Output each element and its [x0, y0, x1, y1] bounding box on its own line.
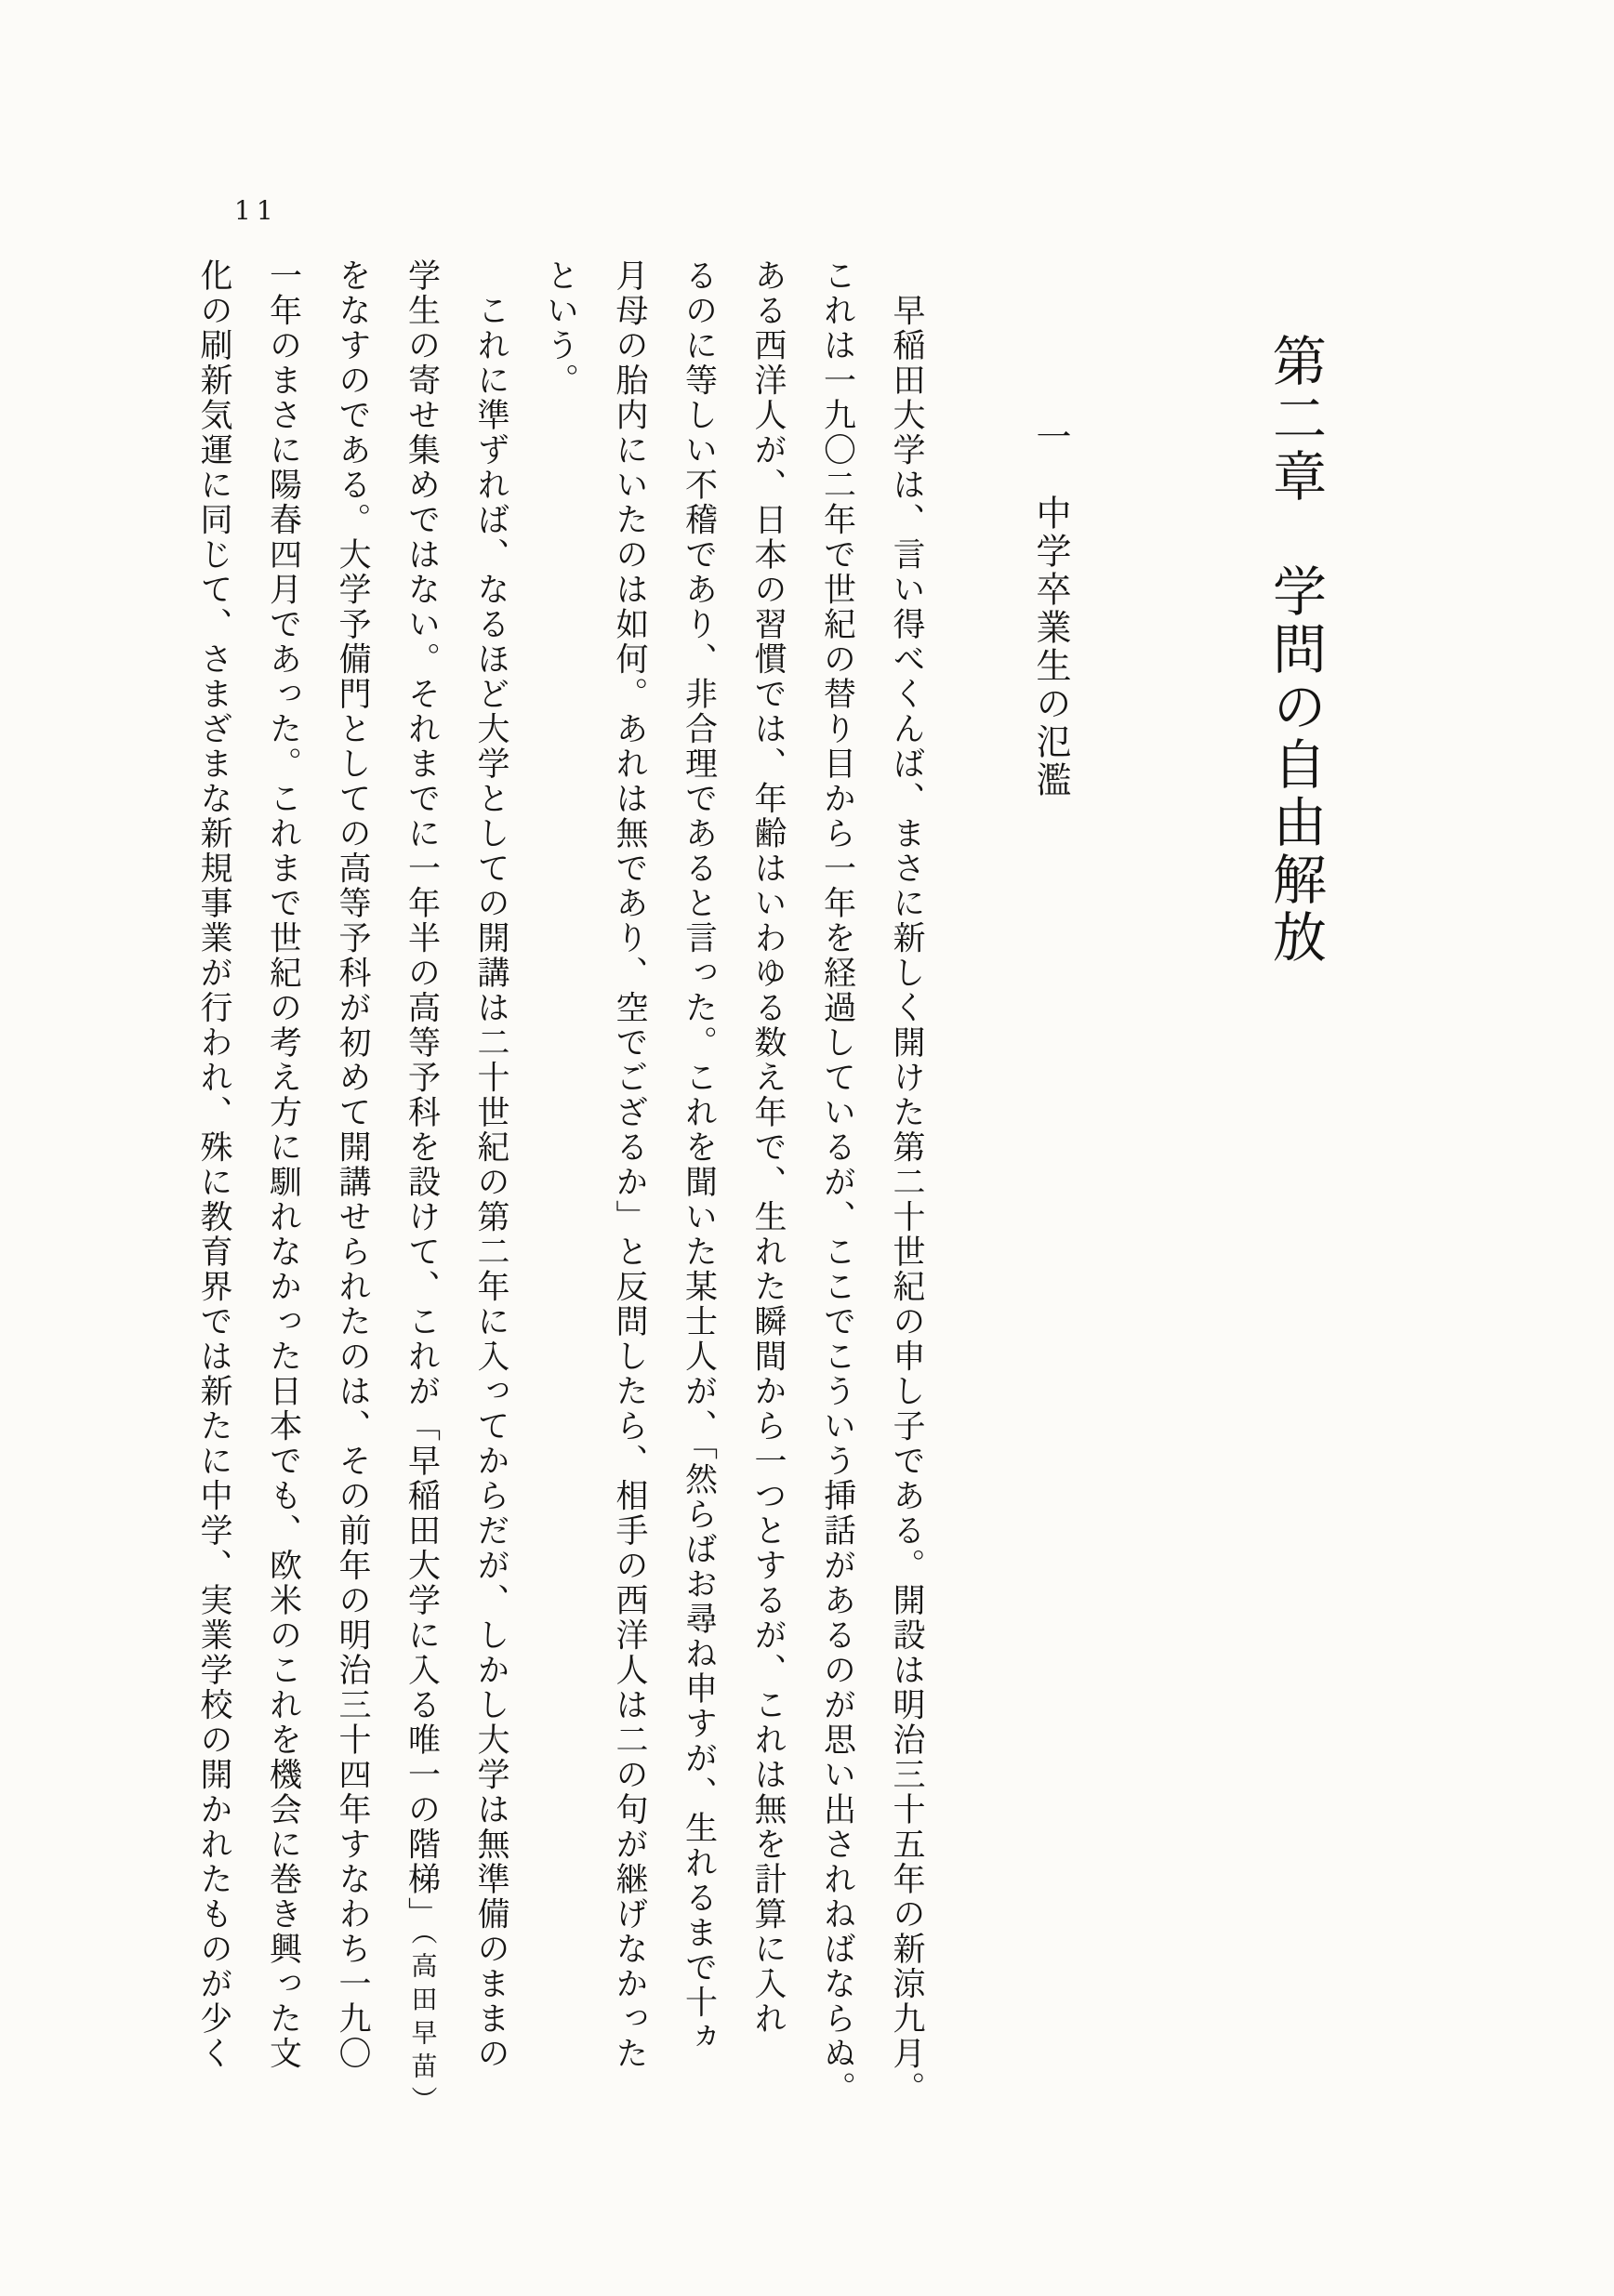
text-column: 学生の寄せ集めではない。それまでに一年半の高等予科を設けて、これが「早稲田大学に… [387, 258, 456, 2119]
column-text: 化の刷新気運に同じて、さまざまな新規事業が行われ、殊に教育界では新たに中学、実業… [196, 258, 232, 2071]
section-heading: 一 中学卒業生の氾濫 [1025, 418, 1076, 799]
author-annotation: （高田早苗） [408, 1932, 437, 2119]
body-text: 早稲田大学は、言い得べくんば、まさに新しく開けた第二十世紀の申し子である。開設は… [179, 258, 942, 2119]
text-column: をなすのである。大学予備門としての高等予科が初めて開講せられたのは、その前年の明… [318, 258, 388, 2119]
text-column: 月母の胎内にいたのは如何。あれは無であり、空でござるか」と反問したら、相手の西洋… [595, 258, 665, 2119]
chapter-title: 第二章 学問の自由解放 [1255, 333, 1333, 967]
column-text: という。 [543, 258, 579, 398]
book-page: 11 第二章 学問の自由解放 一 中学卒業生の氾濫 早稲田大学は、言い得べくんば… [0, 0, 1614, 2296]
column-text: 学生の寄せ集めではない。それまでに一年半の高等予科を設けて、これが「早稲田大学に… [404, 258, 441, 1932]
text-column: これに準ずれば、なるほど大学としての開講は二十世紀の第二年に入ってからだが、しか… [456, 258, 526, 2119]
column-text: 一年のまさに陽春四月であった。これまで世紀の考え方に馴れなかった日本でも、欧米の… [266, 258, 302, 2071]
text-column: これは一九〇二年で世紀の替り目から一年を経過しているが、ここでこういう挿話がある… [802, 258, 872, 2119]
column-text: ある西洋人が、日本の習慣では、年齢はいわゆる数え年で、生れた瞬間から一つとするが… [750, 258, 787, 2037]
column-text: るのに等しい不稽であり、非合理であると言った。これを聞いた某士人が、「然らばお尋… [681, 258, 718, 2055]
column-text: をなすのである。大学予備門としての高等予科が初めて開講せられたのは、その前年の明… [335, 258, 371, 2071]
column-text: これに準ずれば、なるほど大学としての開講は二十世紀の第二年に入ってからだが、しか… [473, 258, 509, 2071]
column-text: これは一九〇二年で世紀の替り目から一年を経過しているが、ここでこういう挿話がある… [820, 258, 856, 2106]
column-text: 早稲田大学は、言い得べくんば、まさに新しく開けた第二十世紀の申し子である。開設は… [889, 258, 925, 2106]
text-column: という。 [525, 258, 595, 2119]
text-column: るのに等しい不稽であり、非合理であると言った。これを聞いた某士人が、「然らばお尋… [664, 258, 734, 2119]
text-column: 化の刷新気運に同じて、さまざまな新規事業が行われ、殊に教育界では新たに中学、実業… [179, 258, 249, 2119]
text-column: 一年のまさに陽春四月であった。これまで世紀の考え方に馴れなかった日本でも、欧米の… [248, 258, 318, 2119]
column-text: 月母の胎内にいたのは如何。あれは無であり、空でござるか」と反問したら、相手の西洋… [612, 258, 648, 2071]
text-column: 早稲田大学は、言い得べくんば、まさに新しく開けた第二十世紀の申し子である。開設は… [872, 258, 942, 2119]
page-number: 11 [234, 195, 279, 226]
text-column: ある西洋人が、日本の習慣では、年齢はいわゆる数え年で、生れた瞬間から一つとするが… [734, 258, 803, 2119]
